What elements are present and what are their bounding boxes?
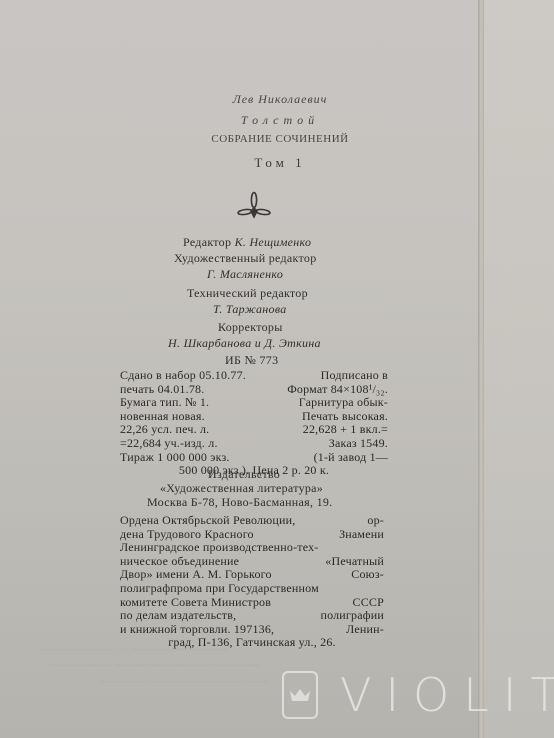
author-last-name: Толстой — [150, 113, 410, 128]
series-title: СОБРАНИЕ СОЧИНЕНИЙ — [150, 133, 410, 145]
proofreaders-names: Н. Шкарбанова и Д. Эткина — [168, 336, 321, 351]
print-line: 22,26 усл. печ. л.22,628 + 1 вкл.= — [120, 423, 388, 437]
print-line: Сдано в набор 05.10.77.Подписано в — [120, 369, 388, 383]
crown-icon — [282, 671, 318, 719]
editor-line: Редактор К. Нещименко — [183, 235, 311, 250]
volume-number: Том 1 — [150, 155, 410, 171]
bleed-through-text: ────── ──────────── ─── — [100, 676, 269, 688]
bleed-through-text: ──────── ──── ──────── ────── — [50, 660, 261, 672]
printer-line: дена Трудового КрасногоЗнамени — [120, 528, 384, 542]
print-details: Сдано в набор 05.10.77.Подписано в печат… — [120, 369, 388, 478]
author-first-name: Лев Николаевич — [150, 92, 410, 107]
printer-line: Ленинградское производственно-тех- — [120, 541, 384, 555]
printer-line: Двор» имени А. М. ГорькогоСоюз- — [120, 568, 384, 582]
fleuron-ornament-icon — [234, 191, 274, 223]
printer-line: Ордена Октябрьской Революции,ор- — [120, 514, 384, 528]
watermark-text: VIOLITY — [340, 668, 554, 722]
proofreaders-label: Корректоры — [218, 320, 283, 335]
print-line: =22,684 уч.-изд. л.Заказ 1549. — [120, 437, 388, 451]
ib-number: ИБ № 773 — [225, 353, 278, 368]
publisher-name: «Художественная литература» — [160, 481, 323, 496]
printer-line: полиграфпрома при Государственном — [120, 582, 384, 596]
printer-details: Ордена Октябрьской Революции,ор- дена Тр… — [120, 514, 384, 650]
printer-line: ническое объединение«Печатный — [120, 555, 384, 569]
next-page-edge — [484, 0, 554, 738]
print-line: Бумага тип. № 1.Гарнитура обык- — [120, 396, 388, 410]
art-editor-label: Художественный редактор — [174, 251, 317, 266]
print-line: новенная новая.Печать высокая. — [120, 410, 388, 424]
publisher-label: Издательство — [208, 467, 280, 482]
print-line: печать 04.01.78.Формат 84×108¹/₃₂. — [120, 383, 388, 397]
tech-editor-label: Технический редактор — [187, 286, 308, 301]
printer-line: и книжной торговли. 197136,Ленин- — [120, 623, 384, 637]
editor-name: К. Нещименко — [235, 235, 312, 249]
art-editor-name: Г. Масляненко — [207, 267, 283, 282]
printer-line: по делам издательств,полиграфии — [120, 609, 384, 623]
publisher-address: Москва Б-78, Ново-Басманная, 19. — [147, 495, 332, 510]
printer-line: град, П-136, Гатчинская ул., 26. — [120, 636, 384, 650]
print-line: Тираж 1 000 000 экз.(1-й завод 1— — [120, 451, 388, 465]
tech-editor-name: Т. Таржанова — [213, 302, 287, 317]
editor-label: Редактор — [183, 235, 231, 249]
printer-line: комитете Совета МинистровСССР — [120, 596, 384, 610]
violity-watermark: VIOLITY — [282, 668, 554, 722]
